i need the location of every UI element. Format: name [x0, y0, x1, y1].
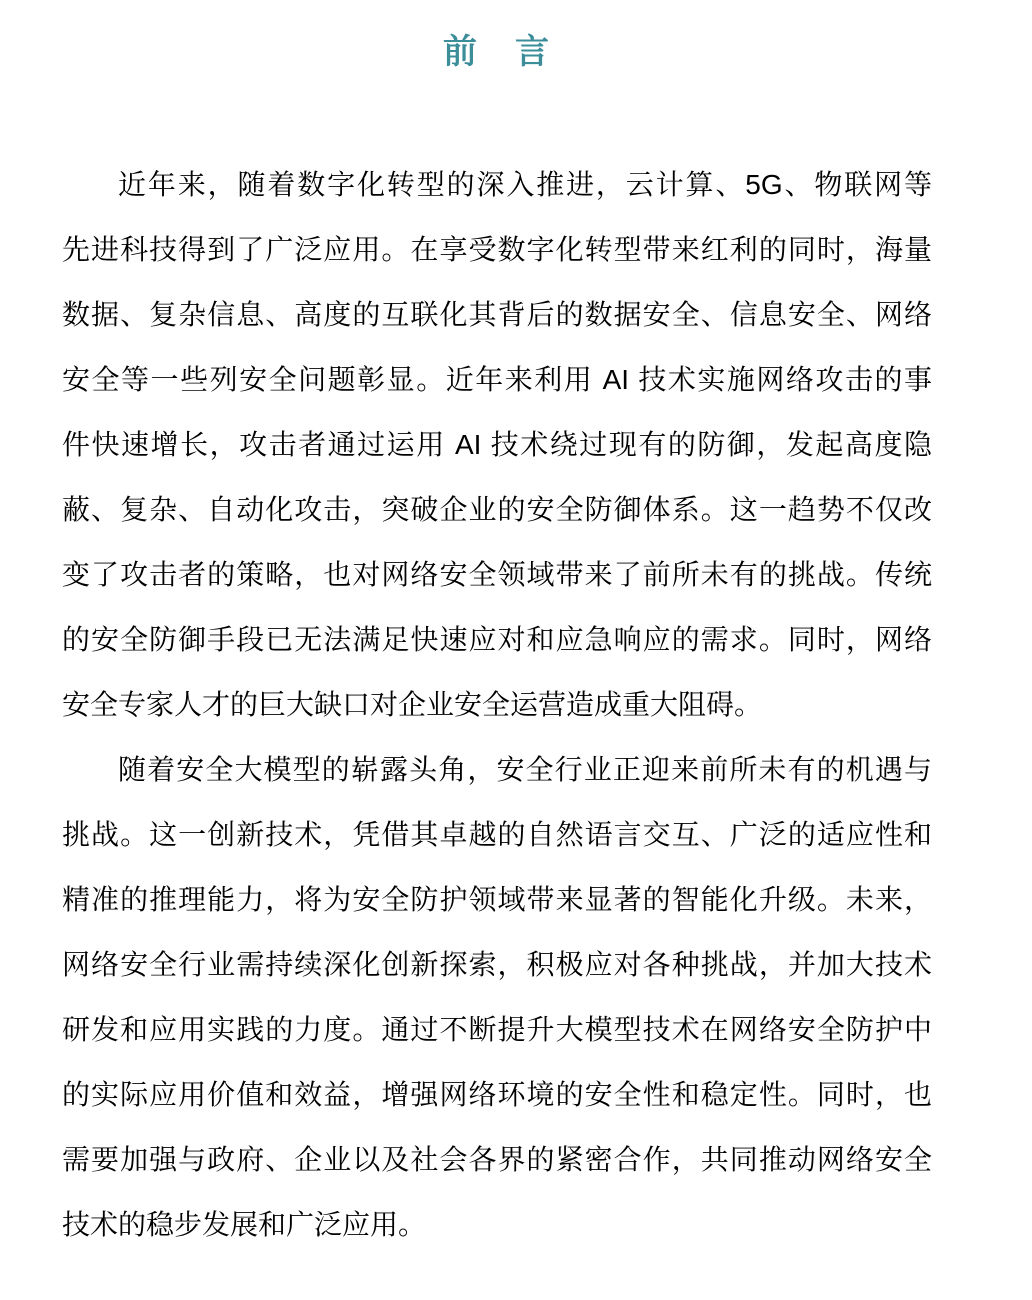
text-line-p2-l8: 技术的稳步发展和广泛应用。: [62, 1192, 932, 1257]
text-line-p1-l3: 数据、复杂信息、高度的互联化其背后的数据安全、信息安全、网络: [62, 282, 932, 347]
text-line-p1-l8: 的安全防御手段已无法满足快速应对和应急响应的需求。同时，网络: [62, 607, 932, 672]
text-line-p2-l1: 随着安全大模型的崭露头角，安全行业正迎来前所未有的机遇与: [62, 737, 932, 802]
document-body: 近年来，随着数字化转型的深入推进，云计算、5G、物联网等先进科技得到了广泛应用。…: [62, 152, 932, 1257]
text-line-p2-l7: 需要加强与政府、企业以及社会各界的紧密合作，共同推动网络安全: [62, 1127, 932, 1192]
text-line-p1-l7: 变了攻击者的策略，也对网络安全领域带来了前所未有的挑战。传统: [62, 542, 932, 607]
text-line-p1-l1: 近年来，随着数字化转型的深入推进，云计算、5G、物联网等: [62, 152, 932, 217]
text-line-p1-l4: 安全等一些列安全问题彰显。近年来利用 AI 技术实施网络攻击的事: [62, 347, 932, 412]
text-line-p2-l5: 研发和应用实践的力度。通过不断提升大模型技术在网络安全防护中: [62, 997, 932, 1062]
text-line-p2-l6: 的实际应用价值和效益，增强网络环境的安全性和稳定性。同时，也: [62, 1062, 932, 1127]
text-line-p1-l5: 件快速增长，攻击者通过运用 AI 技术绕过现有的防御，发起高度隐: [62, 412, 932, 477]
document-page: 前 言 近年来，随着数字化转型的深入推进，云计算、5G、物联网等先进科技得到了广…: [0, 0, 1032, 1300]
text-line-p1-l9: 安全专家人才的巨大缺口对企业安全运营造成重大阻碍。: [62, 672, 932, 737]
text-line-p2-l3: 精准的推理能力，将为安全防护领域带来显著的智能化升级。未来，: [62, 867, 932, 932]
text-line-p2-l4: 网络安全行业需持续深化创新探索，积极应对各种挑战，并加大技术: [62, 932, 932, 997]
text-line-p1-l6: 蔽、复杂、自动化攻击，突破企业的安全防御体系。这一趋势不仅改: [62, 477, 932, 542]
text-line-p1-l2: 先进科技得到了广泛应用。在享受数字化转型带来红利的同时，海量: [62, 217, 932, 282]
page-title: 前 言: [62, 28, 932, 76]
text-line-p2-l2: 挑战。这一创新技术，凭借其卓越的自然语言交互、广泛的适应性和: [62, 802, 932, 867]
